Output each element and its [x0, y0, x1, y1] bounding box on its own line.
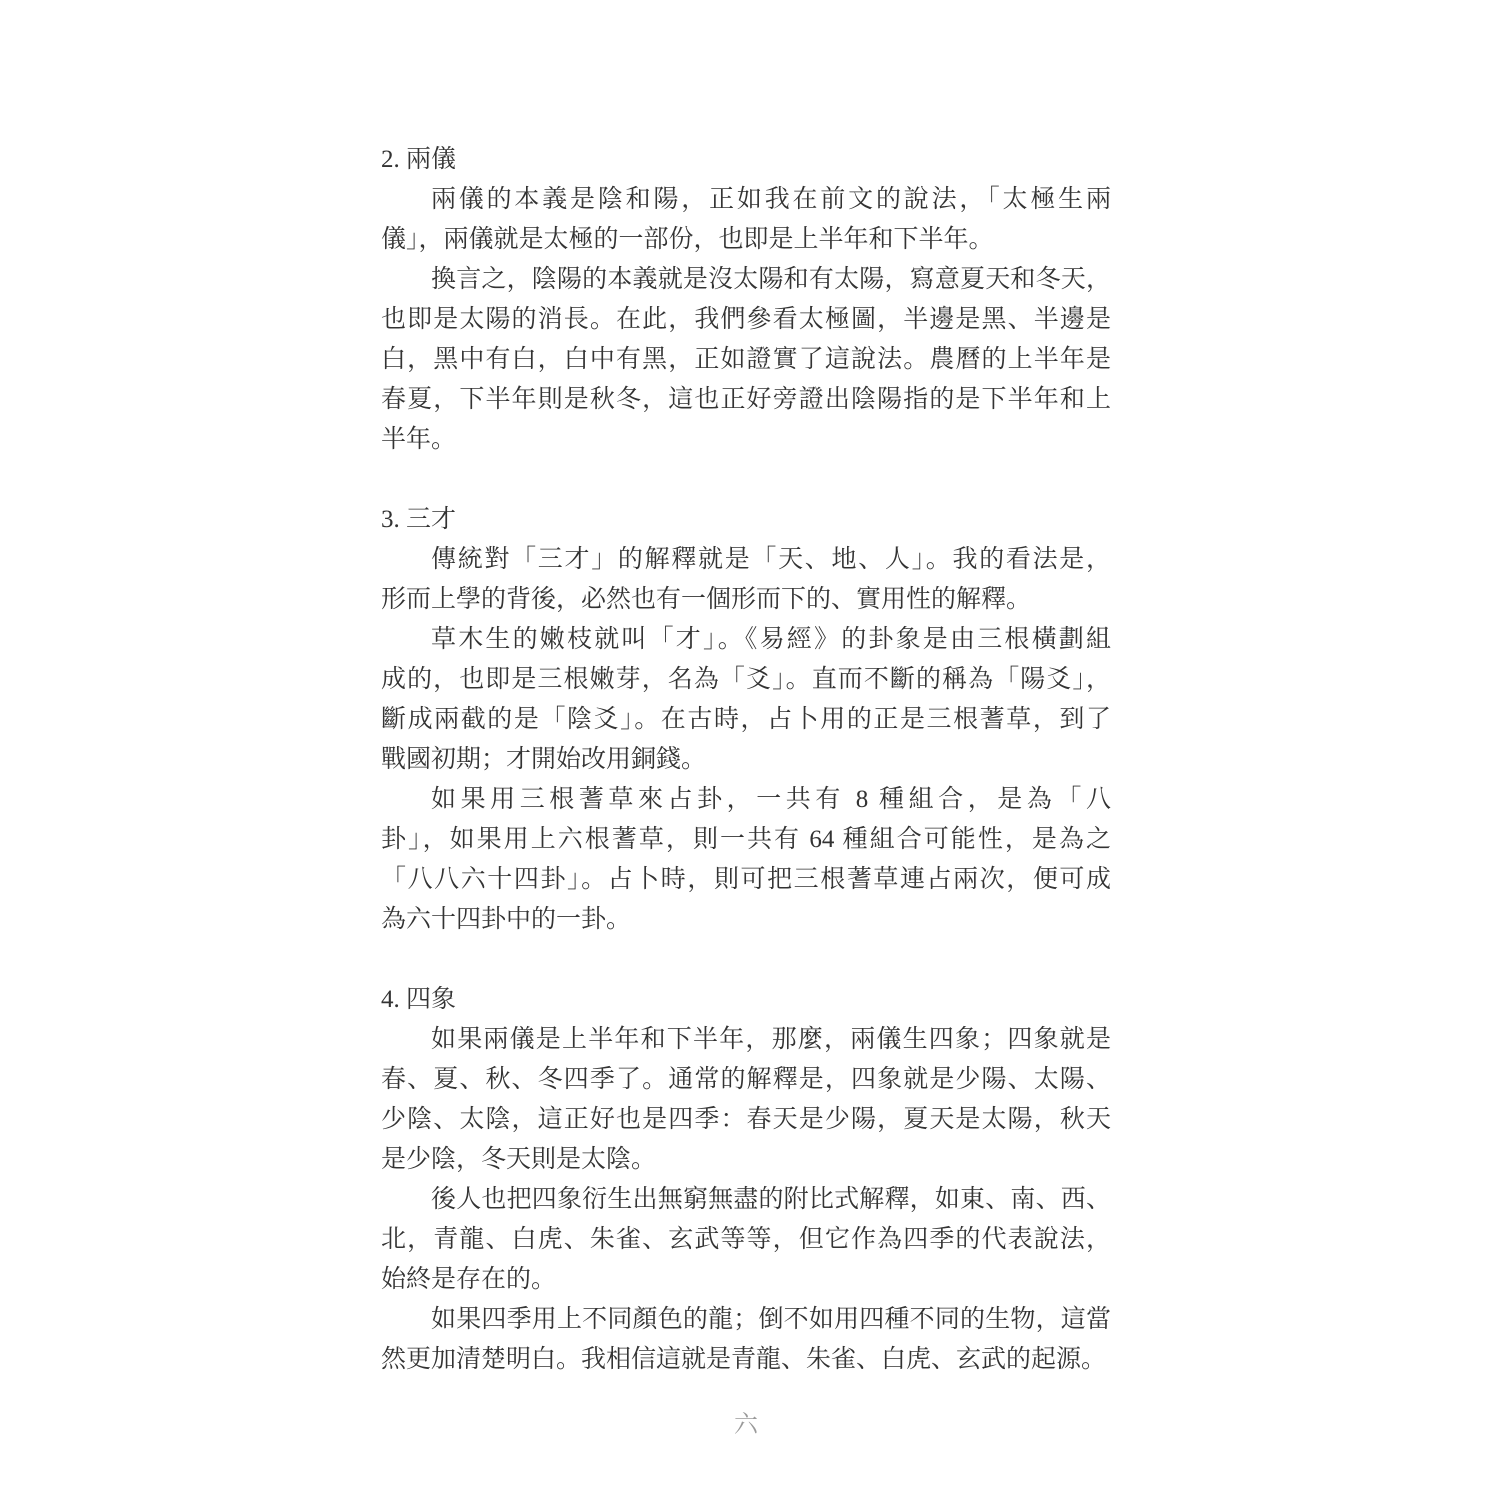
- text-line: 如果四季用上不同顏色的龍；倒不如用四種不同的生物，這當: [381, 1300, 1111, 1340]
- section: 4. 四象如果兩儀是上半年和下半年，那麼，兩儀生四象；四象就是春、夏、秋、冬四季…: [381, 980, 1111, 1380]
- paragraph: 如果兩儀是上半年和下半年，那麼，兩儀生四象；四象就是春、夏、秋、冬四季了。通常的…: [381, 1020, 1111, 1180]
- text-line: 然更加清楚明白。我相信這就是青龍、朱雀、白虎、玄武的起源。: [381, 1340, 1111, 1380]
- text-line: 春、夏、秋、冬四季了。通常的解釋是，四象就是少陽、太陽、: [381, 1060, 1111, 1100]
- text-content: 2. 兩儀兩儀的本義是陰和陽，正如我在前文的說法，「太極生兩儀」，兩儀就是太極的…: [381, 140, 1111, 1380]
- section-heading: 2. 兩儀: [381, 140, 1111, 180]
- paragraph: 草木生的嫩枝就叫「才」。《易經》的卦象是由三根橫劃組成的，也即是三根嫩芽，名為「…: [381, 620, 1111, 780]
- paragraph: 換言之，陰陽的本義就是沒太陽和有太陽，寫意夏天和冬天，也即是太陽的消長。在此，我…: [381, 260, 1111, 460]
- section-heading: 4. 四象: [381, 980, 1111, 1020]
- paragraph: 如果四季用上不同顏色的龍；倒不如用四種不同的生物，這當然更加清楚明白。我相信這就…: [381, 1300, 1111, 1380]
- section-heading: 3. 三才: [381, 500, 1111, 540]
- text-line: 草木生的嫩枝就叫「才」。《易經》的卦象是由三根橫劃組: [381, 620, 1111, 660]
- text-line: 如果兩儀是上半年和下半年，那麼，兩儀生四象；四象就是: [381, 1020, 1111, 1060]
- text-line: 少陰、太陰，這正好也是四季：春天是少陽，夏天是太陽，秋天: [381, 1100, 1111, 1140]
- section: 2. 兩儀兩儀的本義是陰和陽，正如我在前文的說法，「太極生兩儀」，兩儀就是太極的…: [381, 140, 1111, 460]
- text-line: 白，黑中有白，白中有黑，正如證實了這說法。農曆的上半年是: [381, 340, 1111, 380]
- paragraph: 傳統對「三才」的解釋就是「天、地、人」。我的看法是，形而上學的背後，必然也有一個…: [381, 540, 1111, 620]
- text-line: 儀」，兩儀就是太極的一部份，也即是上半年和下半年。: [381, 220, 1111, 260]
- paragraph: 如果用三根蓍草來占卦，一共有 8 種組合，是為「八卦」，如果用上六根蓍草，則一共…: [381, 780, 1111, 940]
- text-line: 為六十四卦中的一卦。: [381, 900, 1111, 940]
- text-line: 如果用三根蓍草來占卦，一共有 8 種組合，是為「八: [381, 780, 1111, 820]
- text-line: 形而上學的背後，必然也有一個形而下的、實用性的解釋。: [381, 580, 1111, 620]
- section: 3. 三才傳統對「三才」的解釋就是「天、地、人」。我的看法是，形而上學的背後，必…: [381, 500, 1111, 940]
- text-line: 換言之，陰陽的本義就是沒太陽和有太陽，寫意夏天和冬天，: [381, 260, 1111, 300]
- text-line: 半年。: [381, 420, 1111, 460]
- text-line: 始終是存在的。: [381, 1260, 1111, 1300]
- text-line: 卦」，如果用上六根蓍草，則一共有 64 種組合可能性，是為之: [381, 820, 1111, 860]
- page-number: 六: [734, 1412, 758, 1438]
- text-line: 傳統對「三才」的解釋就是「天、地、人」。我的看法是，: [381, 540, 1111, 580]
- text-line: 「八八六十四卦」。占卜時，則可把三根蓍草連占兩次，便可成: [381, 860, 1111, 900]
- text-line: 北，青龍、白虎、朱雀、玄武等等，但它作為四季的代表說法，: [381, 1220, 1111, 1260]
- text-line: 斷成兩截的是「陰爻」。在古時，占卜用的正是三根蓍草，到了: [381, 700, 1111, 740]
- text-line: 是少陰，冬天則是太陰。: [381, 1140, 1111, 1180]
- text-line: 後人也把四象衍生出無窮無盡的附比式解釋，如東、南、西、: [381, 1180, 1111, 1220]
- text-line: 也即是太陽的消長。在此，我們參看太極圖，半邊是黑、半邊是: [381, 300, 1111, 340]
- paragraph: 後人也把四象衍生出無窮無盡的附比式解釋，如東、南、西、北，青龍、白虎、朱雀、玄武…: [381, 1180, 1111, 1300]
- text-line: 兩儀的本義是陰和陽，正如我在前文的說法，「太極生兩: [381, 180, 1111, 220]
- paragraph: 兩儀的本義是陰和陽，正如我在前文的說法，「太極生兩儀」，兩儀就是太極的一部份，也…: [381, 180, 1111, 260]
- text-line: 成的，也即是三根嫩芽，名為「爻」。直而不斷的稱為「陽爻」，: [381, 660, 1111, 700]
- text-line: 春夏，下半年則是秋冬，這也正好旁證出陰陽指的是下半年和上: [381, 380, 1111, 420]
- page-footer: 六: [381, 1405, 1111, 1445]
- text-line: 戰國初期；才開始改用銅錢。: [381, 740, 1111, 780]
